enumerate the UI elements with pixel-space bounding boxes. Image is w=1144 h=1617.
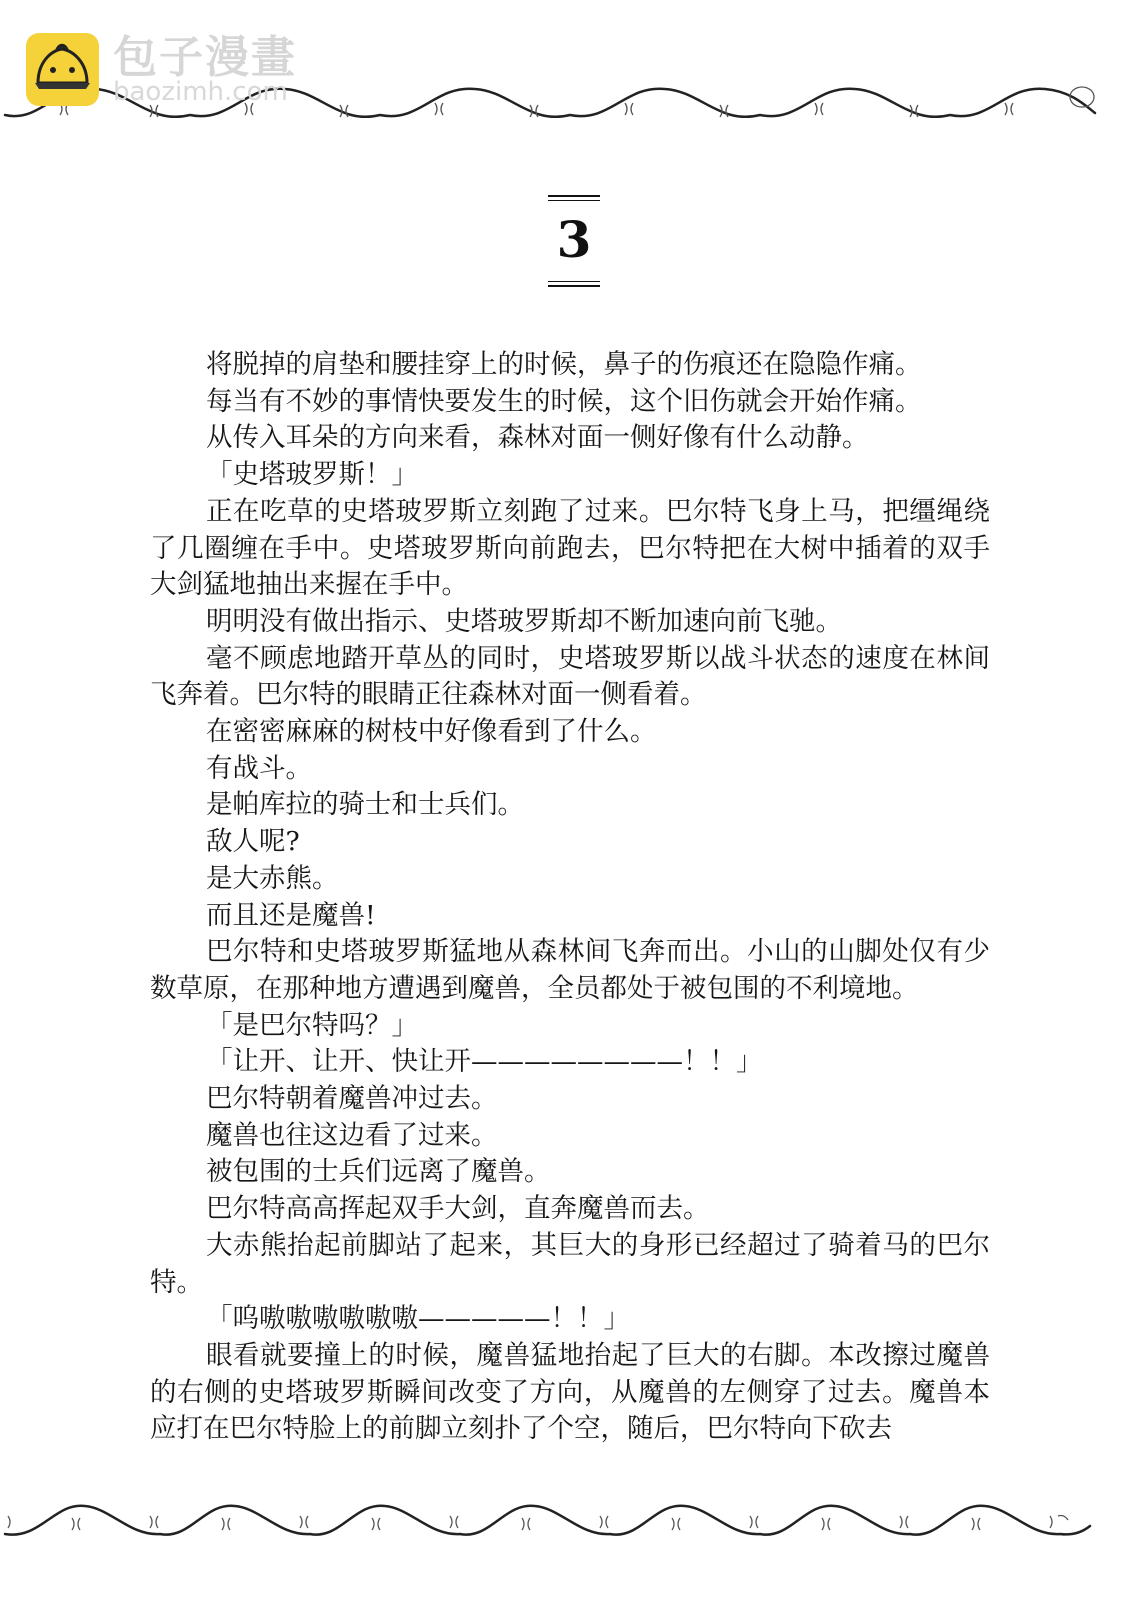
paragraph: 有战斗。: [150, 751, 990, 788]
paragraph: 大赤熊抬起前脚站了起来，其巨大的身形已经超过了骑着马的巴尔特。: [150, 1228, 990, 1301]
paragraph: 而且还是魔兽!: [150, 898, 990, 935]
steamed-bun-icon: [26, 33, 99, 106]
paragraph: 魔兽也往这边看了过来。: [150, 1118, 990, 1155]
paragraph: 每当有不妙的事情快要发生的时候，这个旧伤就会开始作痛。: [150, 384, 990, 421]
chapter-rule-top-thin: [548, 200, 600, 201]
watermark-url: baozimh.com: [113, 79, 297, 105]
body-text: 将脱掉的肩垫和腰挂穿上的时候，鼻子的伤痕还在隐隐作痛。 每当有不妙的事情快要发生…: [150, 347, 990, 1448]
paragraph: 毫不顾虑地踏开草丛的同时，史塔玻罗斯以战斗状态的速度在林间飞奔着。巴尔特的眼睛正…: [150, 641, 990, 714]
paragraph: 眼看就要撞上的时候，魔兽猛地抬起了巨大的右脚。本改擦过魔兽的右侧的史塔玻罗斯瞬间…: [150, 1338, 990, 1448]
chapter-rule-top: [548, 195, 600, 197]
book-page: 包子漫畫 baozimh.com 3 将: [0, 0, 1144, 1617]
paragraph: 巴尔特高高挥起双手大剑，直奔魔兽而去。: [150, 1191, 990, 1228]
watermark: 包子漫畫 baozimh.com: [26, 33, 297, 106]
paragraph: 巴尔特和史塔玻罗斯猛地从森林间飞奔而出。小山的山脚处仅有少数草原，在那种地方遭遇…: [150, 934, 990, 1007]
chapter-rule-bottom: [548, 285, 600, 287]
paragraph: 巴尔特朝着魔兽冲过去。: [150, 1081, 990, 1118]
chapter-rule-bottom-thin: [548, 281, 600, 282]
paragraph: 「史塔玻罗斯！」: [150, 457, 990, 494]
paragraph: 敌人呢?: [150, 824, 990, 861]
paragraph: 「呜嗷嗷嗷嗷嗷嗷—————！！」: [150, 1301, 990, 1338]
paragraph: 从传入耳朵的方向来看，森林对面一侧好像有什么动静。: [150, 420, 990, 457]
paragraph: 明明没有做出指示、史塔玻罗斯却不断加速向前飞驰。: [150, 604, 990, 641]
paragraph: 将脱掉的肩垫和腰挂穿上的时候，鼻子的伤痕还在隐隐作痛。: [150, 347, 990, 384]
paragraph: 被包围的士兵们远离了魔兽。: [150, 1154, 990, 1191]
chapter-heading: 3: [548, 195, 600, 290]
paragraph: 「让开、让开、快让开————————！！」: [150, 1044, 990, 1081]
chapter-number: 3: [548, 215, 600, 265]
paragraph: 在密密麻麻的树枝中好像看到了什么。: [150, 714, 990, 751]
paragraph: 正在吃草的史塔玻罗斯立刻跑了过来。巴尔特飞身上马，把缰绳绕了几圈缠在手中。史塔玻…: [150, 494, 990, 604]
bottom-scroll-ornament-icon: [0, 1490, 1144, 1550]
paragraph: 「是巴尔特吗？」: [150, 1008, 990, 1045]
watermark-title: 包子漫畫: [113, 33, 297, 83]
paragraph: 是大赤熊。: [150, 861, 990, 898]
paragraph: 是帕库拉的骑士和士兵们。: [150, 787, 990, 824]
